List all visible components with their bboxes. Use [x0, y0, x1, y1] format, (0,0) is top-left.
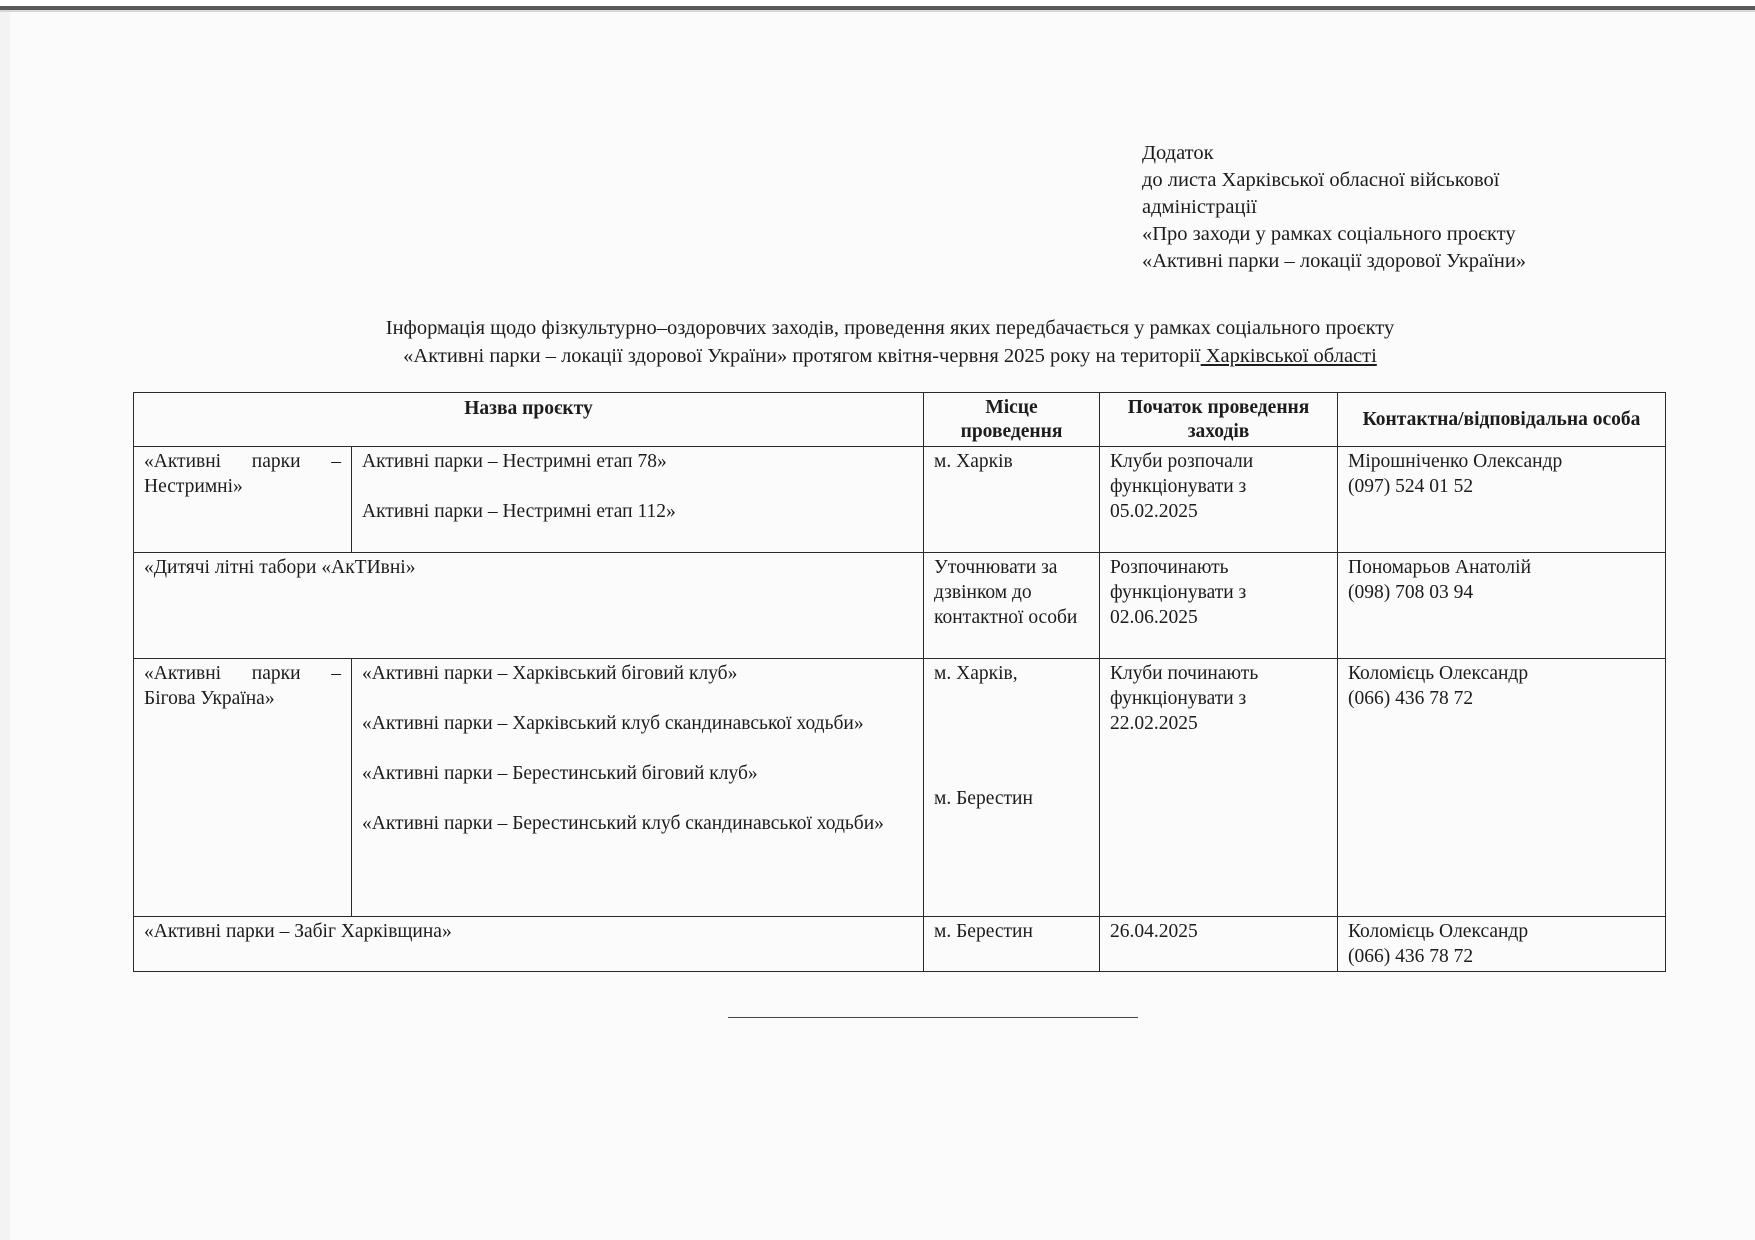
contact-name: Коломієць Олександр: [1348, 661, 1655, 686]
table-row: «Активні парки – Бігова Україна» «Активн…: [134, 659, 1666, 917]
place-2: м. Берестин: [934, 786, 1089, 811]
closing-separator-line: [728, 1017, 1138, 1018]
scan-top-edge: [0, 0, 1755, 12]
header-contact: Контактна/відповідальна особа: [1338, 393, 1666, 447]
table-row: «Дитячі літні табори «АкТИвні» Уточнюват…: [134, 553, 1666, 659]
contact: Пономарьов Анатолій (098) 708 03 94: [1338, 553, 1666, 659]
heading-region-underlined: Харківської області: [1201, 345, 1377, 367]
contact: Коломієць Олександр (066) 436 78 72: [1338, 917, 1666, 972]
contact-phone: (097) 524 01 52: [1348, 474, 1655, 499]
project-name: «Активні парки – Нестримні»: [134, 447, 352, 553]
addendum-line: адміністрації: [1142, 194, 1662, 221]
place: м. Берестин: [924, 917, 1100, 972]
heading-line-1: Інформація щодо фізкультурно–оздоровчих …: [130, 314, 1650, 342]
project-name: «Дитячі літні табори «АкТИвні»: [134, 553, 924, 659]
subproject: Активні парки – Нестримні етап 112»: [362, 499, 913, 524]
project-name: «Активні парки – Забіг Харківщина»: [134, 917, 924, 972]
subproject: «Активні парки – Харківський клуб сканди…: [362, 711, 913, 736]
contact: Мірошніченко Олександр (097) 524 01 52: [1338, 447, 1666, 553]
contact-phone: (066) 436 78 72: [1348, 686, 1655, 711]
document-heading: Інформація щодо фізкультурно–оздоровчих …: [130, 314, 1650, 370]
subprojects: «Активні парки – Харківський біговий клу…: [352, 659, 924, 917]
contact-name: Коломієць Олександр: [1348, 919, 1655, 944]
start-date: Розпочинають функціонувати з 02.06.2025: [1100, 553, 1338, 659]
contact-name: Пономарьов Анатолій: [1348, 555, 1655, 580]
subproject: «Активні парки – Берестинський клуб скан…: [362, 811, 913, 836]
start-date: Клуби починають функціонувати з 22.02.20…: [1100, 659, 1338, 917]
place: м. Харків: [924, 447, 1100, 553]
heading-line-2: «Активні парки – локації здорової Україн…: [130, 342, 1650, 370]
header-start: Початок проведення заходів: [1100, 393, 1338, 447]
table-row: «Активні парки – Забіг Харківщина» м. Бе…: [134, 917, 1666, 972]
header-project-name: Назва проєкту: [134, 393, 924, 447]
addendum-line: до листа Харківської обласної військової: [1142, 167, 1662, 194]
events-table: Назва проєкту Місце проведення Початок п…: [133, 392, 1666, 972]
table-row: «Активні парки – Нестримні» Активні парк…: [134, 447, 1666, 553]
subproject: Активні парки – Нестримні етап 78»: [362, 449, 913, 474]
contact: Коломієць Олександр (066) 436 78 72: [1338, 659, 1666, 917]
contact-phone: (066) 436 78 72: [1348, 944, 1655, 969]
table-header-row: Назва проєкту Місце проведення Початок п…: [134, 393, 1666, 447]
place: м. Харків, м. Берестин: [924, 659, 1100, 917]
header-place: Місце проведення: [924, 393, 1100, 447]
subprojects: Активні парки – Нестримні етап 78» Актив…: [352, 447, 924, 553]
contact-name: Мірошніченко Олександр: [1348, 449, 1655, 474]
place: Уточнювати за дзвінком до контактної осо…: [924, 553, 1100, 659]
addendum-block: Додаток до листа Харківської обласної ві…: [1142, 140, 1662, 275]
start-date: 26.04.2025: [1100, 917, 1338, 972]
scan-left-edge: [0, 12, 10, 1240]
start-date: Клуби розпочали функціонувати з 05.02.20…: [1100, 447, 1338, 553]
subproject: «Активні парки – Берестинський біговий к…: [362, 761, 913, 786]
project-name: «Активні парки – Бігова Україна»: [134, 659, 352, 917]
addendum-line: «Про заходи у рамках соціального проєкту: [1142, 221, 1662, 248]
addendum-line: Додаток: [1142, 140, 1662, 167]
subproject: «Активні парки – Харківський біговий клу…: [362, 661, 913, 686]
contact-phone: (098) 708 03 94: [1348, 580, 1655, 605]
place-1: м. Харків,: [934, 661, 1089, 686]
heading-line-2-text: «Активні парки – локації здорової Україн…: [403, 345, 1200, 367]
addendum-line: «Активні парки – локації здорової Україн…: [1142, 248, 1662, 275]
